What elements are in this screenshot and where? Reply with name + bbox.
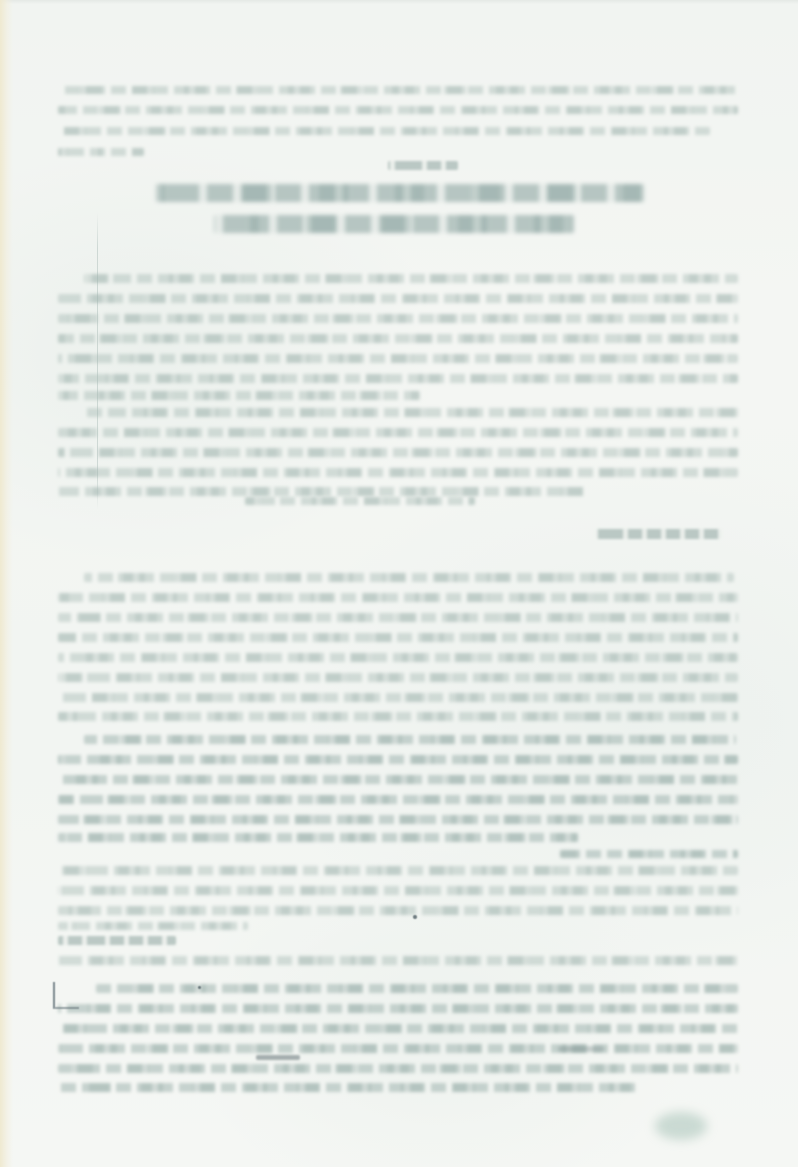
header-paragraph-line: [58, 148, 144, 156]
paragraph-4-line: [560, 850, 738, 858]
paragraph-4-line: [58, 795, 738, 804]
paragraph-4-line: [84, 735, 736, 744]
paragraph-2-line: [58, 428, 738, 437]
subheading-left-line: [58, 936, 176, 945]
paragraph-5-line: [58, 866, 738, 875]
paragraph-2-line: [58, 468, 738, 477]
dark-ink-patch: [558, 1046, 604, 1052]
paragraph-4-line: [58, 815, 738, 824]
paragraph-5-line: [58, 906, 738, 915]
main-title-line: [156, 184, 644, 202]
paragraph-2-line: [58, 487, 588, 496]
paragraph-1-line: [58, 294, 738, 303]
page-left-edge-strip: [0, 0, 13, 1167]
ink-speck: [413, 915, 417, 919]
paragraph-4-line: [58, 833, 578, 842]
bottom-paragraph-line: [58, 1044, 738, 1053]
paragraph-5-line: [58, 922, 248, 930]
paragraph-1-line: [84, 274, 738, 283]
paragraph-3-line: [58, 693, 738, 702]
paragraph-2-line: [58, 448, 738, 457]
ink-speck-small: [198, 986, 201, 989]
paragraph-5-line: [58, 886, 738, 895]
main-title-line: [214, 215, 574, 233]
bottom-paragraph-line: [58, 1004, 738, 1013]
paragraph-1-line: [58, 354, 738, 363]
single-line-line: [58, 956, 738, 965]
paragraph-1-line: [58, 374, 738, 383]
paragraph-3-line: [58, 673, 738, 682]
bottom-paragraph-line: [58, 1083, 638, 1092]
green-smudge: [655, 1112, 707, 1140]
paragraph-2-line: [245, 497, 475, 505]
bottom-paragraph-line: [96, 984, 738, 993]
corner-registration-mark: [53, 982, 79, 1009]
paragraph-1-line: [58, 391, 420, 400]
header-paragraph-line: [62, 86, 738, 94]
paragraph-3-line: [58, 712, 738, 721]
section-subheading-right-line: [596, 529, 721, 539]
paragraph-4-line: [58, 755, 738, 764]
paragraph-3-line: [58, 593, 738, 602]
paragraph-3-line: [58, 613, 738, 622]
scanned-page: [0, 0, 798, 1167]
scan-top-edge-shadow: [0, 0, 798, 4]
paragraph-4-line: [58, 775, 738, 784]
kicker-line: [388, 161, 458, 170]
header-paragraph-line: [58, 106, 738, 114]
paragraph-3-line: [58, 653, 738, 662]
paragraph-3-line: [84, 573, 734, 582]
paragraph-1-line: [58, 334, 738, 343]
paragraph-2-line: [84, 408, 738, 417]
dark-ink-dash: [256, 1055, 300, 1060]
paragraph-1-line: [58, 314, 738, 323]
bottom-paragraph-line: [58, 1024, 738, 1033]
header-paragraph-line: [58, 127, 710, 135]
paragraph-3-line: [58, 633, 738, 642]
bottom-paragraph-line: [58, 1064, 738, 1073]
